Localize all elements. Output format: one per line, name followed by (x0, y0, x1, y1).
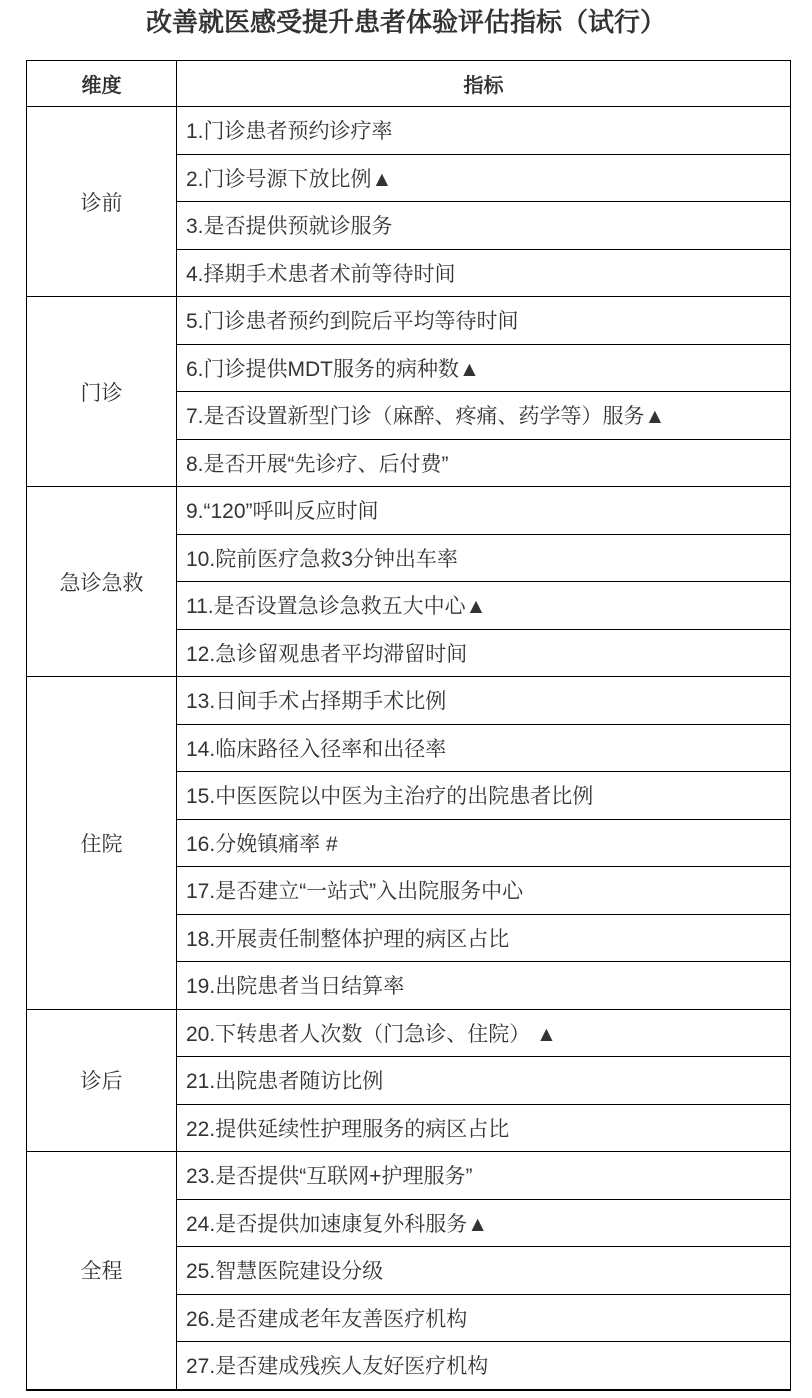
dimension-cell-inpatient: 住院 (27, 677, 177, 1010)
indicator-cell: 7.是否设置新型门诊（麻醉、疼痛、药学等）服务▲ (177, 392, 791, 440)
dimension-cell-whole-process: 全程 (27, 1152, 177, 1390)
table-row: 门诊 5.门诊患者预约到院后平均等待时间 (27, 297, 791, 345)
indicator-cell: 17.是否建立“一站式”入出院服务中心 (177, 867, 791, 915)
indicator-cell: 3.是否提供预就诊服务 (177, 202, 791, 250)
table-header-row: 维度 指标 (27, 61, 791, 107)
indicator-cell: 22.提供延续性护理服务的病区占比 (177, 1104, 791, 1152)
indicator-cell: 14.临床路径入径率和出径率 (177, 724, 791, 772)
indicator-cell: 12.急诊留观患者平均滞留时间 (177, 629, 791, 677)
indicator-cell: 16.分娩镇痛率 # (177, 819, 791, 867)
table-row: 全程 23.是否提供“互联网+护理服务” (27, 1152, 791, 1200)
page-title: 改善就医感受提升患者体验评估指标（试行） (0, 6, 812, 38)
indicator-cell: 15.中医医院以中医为主治疗的出院患者比例 (177, 772, 791, 820)
header-indicator: 指标 (177, 61, 791, 107)
indicator-cell: 6.门诊提供MDT服务的病种数▲ (177, 344, 791, 392)
indicator-cell: 18.开展责任制整体护理的病区占比 (177, 914, 791, 962)
indicator-cell: 10.院前医疗急救3分钟出车率 (177, 534, 791, 582)
table-row: 诊后 20.下转患者人次数（门急诊、住院） ▲ (27, 1009, 791, 1057)
indicator-cell: 23.是否提供“互联网+护理服务” (177, 1152, 791, 1200)
indicator-cell: 1.门诊患者预约诊疗率 (177, 107, 791, 155)
dimension-cell-pre-visit: 诊前 (27, 107, 177, 297)
indicator-cell: 11.是否设置急诊急救五大中心▲ (177, 582, 791, 630)
indicator-cell: 24.是否提供加速康复外科服务▲ (177, 1199, 791, 1247)
indicator-cell: 20.下转患者人次数（门急诊、住院） ▲ (177, 1009, 791, 1057)
indicators-table: 维度 指标 诊前 1.门诊患者预约诊疗率 2.门诊号源下放比例▲ 3.是否提供预… (26, 60, 791, 1391)
indicator-cell: 21.出院患者随访比例 (177, 1057, 791, 1105)
dimension-cell-outpatient: 门诊 (27, 297, 177, 487)
indicator-cell: 9.“120”呼叫反应时间 (177, 487, 791, 535)
table-row: 急诊急救 9.“120”呼叫反应时间 (27, 487, 791, 535)
dimension-cell-post-visit: 诊后 (27, 1009, 177, 1152)
indicator-cell: 4.择期手术患者术前等待时间 (177, 249, 791, 297)
header-dimension: 维度 (27, 61, 177, 107)
indicator-cell: 8.是否开展“先诊疗、后付费” (177, 439, 791, 487)
indicator-cell: 26.是否建成老年友善医疗机构 (177, 1294, 791, 1342)
dimension-cell-emergency: 急诊急救 (27, 487, 177, 677)
indicator-cell: 13.日间手术占择期手术比例 (177, 677, 791, 725)
indicator-cell: 25.智慧医院建设分级 (177, 1247, 791, 1295)
indicator-cell: 2.门诊号源下放比例▲ (177, 154, 791, 202)
indicator-cell: 19.出院患者当日结算率 (177, 962, 791, 1010)
table-row: 诊前 1.门诊患者预约诊疗率 (27, 107, 791, 155)
indicator-cell: 27.是否建成残疾人友好医疗机构 (177, 1342, 791, 1390)
table-row: 住院 13.日间手术占择期手术比例 (27, 677, 791, 725)
indicator-cell: 5.门诊患者预约到院后平均等待时间 (177, 297, 791, 345)
